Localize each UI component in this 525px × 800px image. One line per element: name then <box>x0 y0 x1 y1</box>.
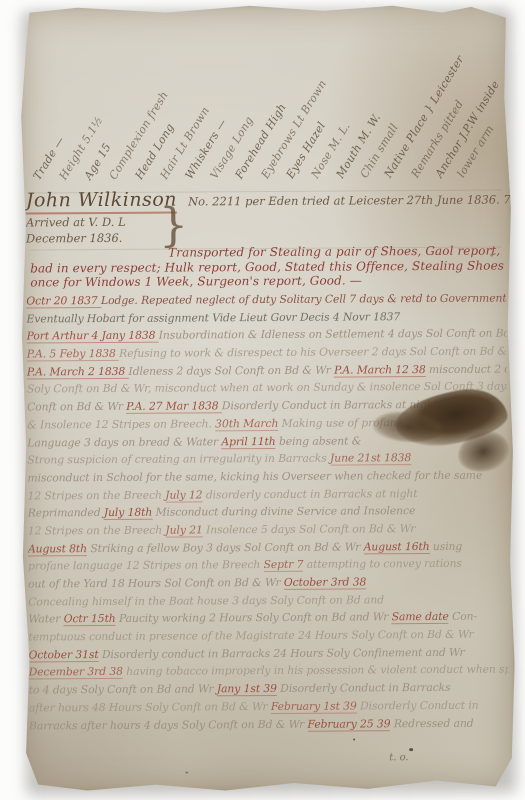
ink-spatter <box>490 254 493 257</box>
physical-description-band: Trade —Height 5.1½Age 15Complexion fresh… <box>33 4 504 187</box>
ink-spatter <box>185 771 188 773</box>
convict-name: John Wilkinson <box>26 189 177 215</box>
offence-statement: Transported for Stealing a pair of Shoes… <box>30 244 506 291</box>
conduct-record: Octr 20 1837 Lodge. Repeated neglect of … <box>26 290 509 735</box>
registration-details: No. 2211 per Eden tried at Leicester 27t… <box>188 192 525 208</box>
heading-line: John Wilkinson No. 2211 per Eden tried a… <box>26 187 508 212</box>
document-page: Trade —Height 5.1½Age 15Complexion fresh… <box>19 4 516 793</box>
turn-over-mark: t. o. <box>389 752 408 763</box>
ink-spatter <box>353 738 355 740</box>
arrival-note: Arrived at V. D. L December 1836. <box>26 212 508 247</box>
scanned-document-scene: Trade —Height 5.1½Age 15Complexion fresh… <box>0 0 525 800</box>
brace-mark: } <box>159 197 189 251</box>
record-heading: John Wilkinson No. 2211 per Eden tried a… <box>26 187 508 247</box>
conduct-entry: Barracks after hours 4 days Soly Conft o… <box>29 714 509 735</box>
ink-spatter <box>409 748 413 751</box>
